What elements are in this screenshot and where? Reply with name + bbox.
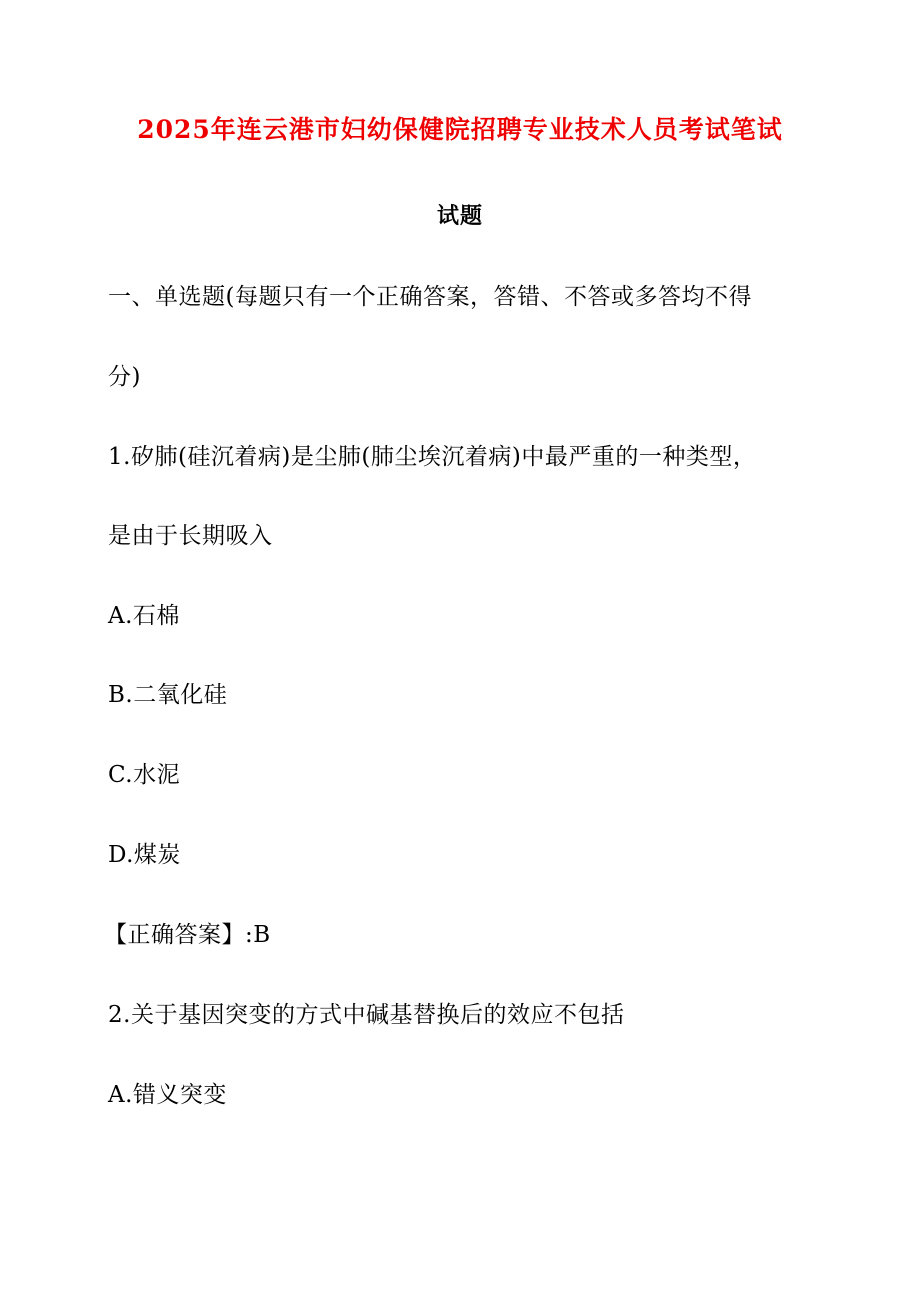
question-1-option-b: B.二氧化硅 bbox=[108, 680, 227, 710]
document-title: 2025年连云港市妇幼保健院招聘专业技术人员考试笔试 bbox=[0, 114, 920, 146]
section-heading-continued: 分) bbox=[108, 362, 141, 392]
question-1-stem-continued: 是由于长期吸入 bbox=[108, 521, 273, 551]
question-1-option-c: C.水泥 bbox=[108, 760, 180, 790]
question-1-stem: 1.矽肺(硅沉着病)是尘肺(肺尘埃沉着病)中最严重的一种类型， bbox=[108, 442, 756, 472]
question-1-option-d: D.煤炭 bbox=[108, 840, 181, 870]
question-2-option-a: A.错义突变 bbox=[108, 1080, 227, 1110]
question-2-stem: 2.关于基因突变的方式中碱基替换后的效应不包括 bbox=[108, 1000, 624, 1030]
document-subtitle: 试题 bbox=[0, 200, 920, 232]
question-1-answer: 【正确答案】:B bbox=[104, 920, 271, 950]
section-heading: 一、单选题(每题只有一个正确答案，答错、不答或多答均不得 bbox=[108, 282, 752, 312]
document-page: 2025年连云港市妇幼保健院招聘专业技术人员考试笔试 试题 一、单选题(每题只有… bbox=[0, 0, 920, 1301]
question-1-option-a: A.石棉 bbox=[108, 601, 180, 631]
